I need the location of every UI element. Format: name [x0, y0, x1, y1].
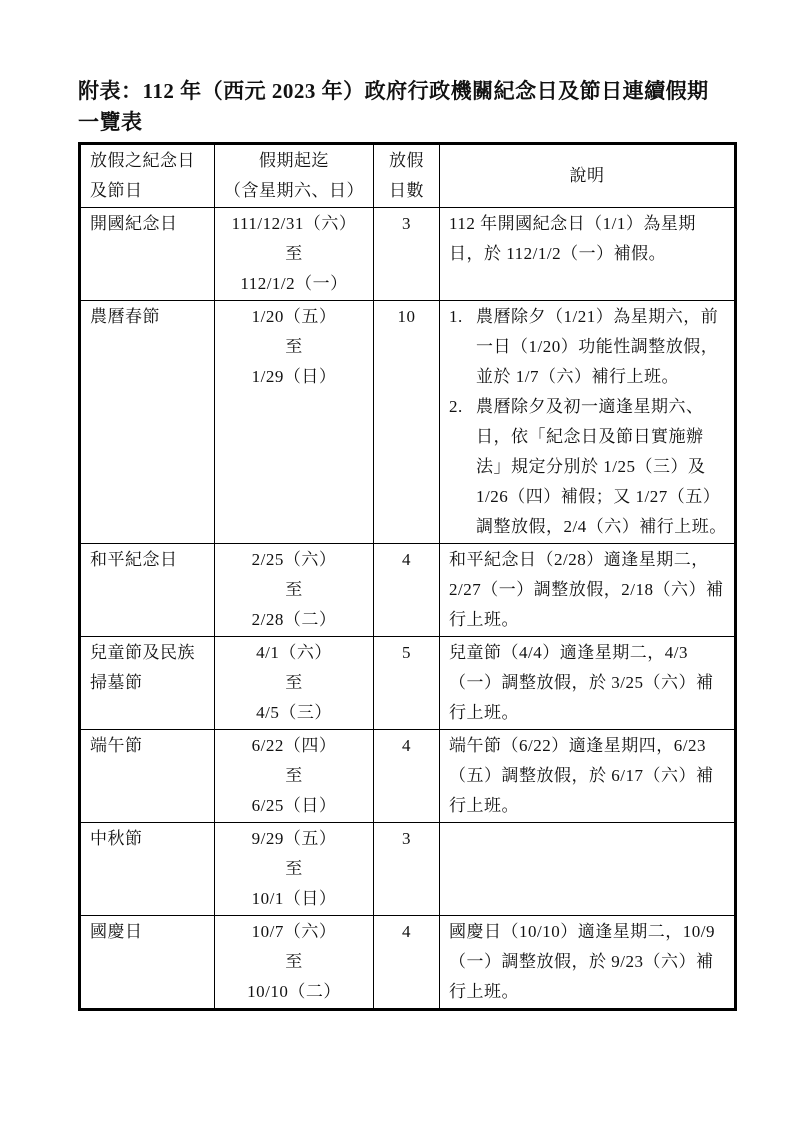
- holiday-name-cell: 端午節: [80, 730, 215, 823]
- note-text: 農曆除夕（1/21）為星期六，前一日（1/20）功能性調整放假，並於 1/7（六…: [476, 302, 728, 392]
- period-line: 9/29（五）: [221, 824, 367, 854]
- holiday-notes-cell: 國慶日（10/10）適逢星期二，10/9（一）調整放假，於 9/23（六）補行上…: [440, 916, 736, 1010]
- holiday-days-cell: 4: [374, 730, 440, 823]
- note-number: 1.: [449, 302, 476, 392]
- period-line: 4/1（六）: [221, 638, 367, 668]
- holiday-days-cell: 10: [374, 301, 440, 544]
- holiday-period-cell: 6/22（四）至6/25（日）: [215, 730, 374, 823]
- column-header-line: 放假: [380, 146, 433, 176]
- period-line: 至: [221, 239, 367, 269]
- holiday-period-cell: 4/1（六）至4/5（三）: [215, 637, 374, 730]
- holiday-period-cell: 1/20（五）至1/29（日）: [215, 301, 374, 544]
- holiday-notes-cell: 112 年開國紀念日（1/1）為星期日，於 112/1/2（一）補假。: [440, 208, 736, 301]
- period-line: 10/7（六）: [221, 917, 367, 947]
- period-line: 10/1（日）: [221, 884, 367, 914]
- holiday-period-cell: 10/7（六）至10/10（二）: [215, 916, 374, 1010]
- page-background: { "document": { "title_line1": "附表：112 年…: [0, 0, 800, 1131]
- note-text: 112 年開國紀念日（1/1）為星期日，於 112/1/2（一）補假。: [449, 209, 728, 269]
- holiday-table: 放假之紀念日及節日假期起迄（含星期六、日）放假日數說明 開國紀念日111/12/…: [78, 142, 737, 1011]
- table-row: 開國紀念日111/12/31（六）至112/1/2（一）3112 年開國紀念日（…: [80, 208, 736, 301]
- note-text: 端午節（6/22）適逢星期四，6/23（五）調整放假，於 6/17（六）補行上班…: [449, 731, 728, 821]
- note-number: 2.: [449, 392, 476, 542]
- note-item: 2.農曆除夕及初一適逢星期六、日，依「紀念日及節日實施辦法」規定分別於 1/25…: [449, 392, 728, 542]
- period-line: 至: [221, 575, 367, 605]
- table-row: 國慶日10/7（六）至10/10（二）4國慶日（10/10）適逢星期二，10/9…: [80, 916, 736, 1010]
- period-line: 至: [221, 332, 367, 362]
- column-header-line: 說明: [446, 161, 728, 191]
- period-line: 1/20（五）: [221, 302, 367, 332]
- table-row: 和平紀念日2/25（六）至2/28（二）4和平紀念日（2/28）適逢星期二，2/…: [80, 544, 736, 637]
- document-title: 附表：112 年（西元 2023 年）政府行政機關紀念日及節日連續假期 一覽表: [78, 76, 738, 138]
- column-header-line: 日數: [380, 176, 433, 206]
- column-header-period: 假期起迄（含星期六、日）: [215, 144, 374, 208]
- period-line: 至: [221, 854, 367, 884]
- table-head: 放假之紀念日及節日假期起迄（含星期六、日）放假日數說明: [80, 144, 736, 208]
- column-header-line: 放假之紀念日: [90, 146, 208, 176]
- period-line: 至: [221, 947, 367, 977]
- holiday-name-cell: 國慶日: [80, 916, 215, 1010]
- table-row: 農曆春節1/20（五）至1/29（日）101.農曆除夕（1/21）為星期六，前一…: [80, 301, 736, 544]
- note-text: 國慶日（10/10）適逢星期二，10/9（一）調整放假，於 9/23（六）補行上…: [449, 917, 728, 1007]
- period-line: 2/25（六）: [221, 545, 367, 575]
- holiday-days-cell: 4: [374, 916, 440, 1010]
- period-line: 10/10（二）: [221, 977, 367, 1007]
- title-line-1: 附表：112 年（西元 2023 年）政府行政機關紀念日及節日連續假期: [78, 76, 738, 107]
- note-text: 農曆除夕及初一適逢星期六、日，依「紀念日及節日實施辦法」規定分別於 1/25（三…: [476, 392, 728, 542]
- holiday-notes-cell: 端午節（6/22）適逢星期四，6/23（五）調整放假，於 6/17（六）補行上班…: [440, 730, 736, 823]
- holiday-period-cell: 9/29（五）至10/1（日）: [215, 823, 374, 916]
- column-header-line: （含星期六、日）: [221, 176, 367, 206]
- table-row: 端午節6/22（四）至6/25（日）4端午節（6/22）適逢星期四，6/23（五…: [80, 730, 736, 823]
- holiday-period-cell: 2/25（六）至2/28（二）: [215, 544, 374, 637]
- holiday-days-cell: 5: [374, 637, 440, 730]
- column-header-notes: 說明: [440, 144, 736, 208]
- column-header-line: 及節日: [90, 176, 208, 206]
- period-line: 1/29（日）: [221, 362, 367, 392]
- table-row: 兒童節及民族掃墓節4/1（六）至4/5（三）5兒童節（4/4）適逢星期二，4/3…: [80, 637, 736, 730]
- column-header-line: 假期起迄: [221, 146, 367, 176]
- holiday-days-cell: 3: [374, 823, 440, 916]
- holiday-name-cell: 農曆春節: [80, 301, 215, 544]
- holiday-name-cell: 兒童節及民族掃墓節: [80, 637, 215, 730]
- note-item: 1.農曆除夕（1/21）為星期六，前一日（1/20）功能性調整放假，並於 1/7…: [449, 302, 728, 392]
- title-line-2: 一覽表: [78, 107, 738, 138]
- table-header-row: 放假之紀念日及節日假期起迄（含星期六、日）放假日數說明: [80, 144, 736, 208]
- holiday-name-cell: 和平紀念日: [80, 544, 215, 637]
- column-header-days: 放假日數: [374, 144, 440, 208]
- holiday-notes-cell: 和平紀念日（2/28）適逢星期二，2/27（一）調整放假，2/18（六）補行上班…: [440, 544, 736, 637]
- holiday-table-body: 開國紀念日111/12/31（六）至112/1/2（一）3112 年開國紀念日（…: [80, 208, 736, 1010]
- holiday-days-cell: 4: [374, 544, 440, 637]
- note-text: 兒童節（4/4）適逢星期二，4/3（一）調整放假，於 3/25（六）補行上班。: [449, 638, 728, 728]
- period-line: 2/28（二）: [221, 605, 367, 635]
- table-row: 中秋節9/29（五）至10/1（日）3: [80, 823, 736, 916]
- period-line: 4/5（三）: [221, 698, 367, 728]
- holiday-days-cell: 3: [374, 208, 440, 301]
- period-line: 112/1/2（一）: [221, 269, 367, 299]
- period-line: 6/25（日）: [221, 791, 367, 821]
- holiday-name-cell: 中秋節: [80, 823, 215, 916]
- holiday-notes-cell: 1.農曆除夕（1/21）為星期六，前一日（1/20）功能性調整放假，並於 1/7…: [440, 301, 736, 544]
- holiday-notes-cell: [440, 823, 736, 916]
- period-line: 6/22（四）: [221, 731, 367, 761]
- note-text: 和平紀念日（2/28）適逢星期二，2/27（一）調整放假，2/18（六）補行上班…: [449, 545, 728, 635]
- period-line: 111/12/31（六）: [221, 209, 367, 239]
- period-line: 至: [221, 668, 367, 698]
- column-header-holiday: 放假之紀念日及節日: [80, 144, 215, 208]
- holiday-name-cell: 開國紀念日: [80, 208, 215, 301]
- holiday-notes-cell: 兒童節（4/4）適逢星期二，4/3（一）調整放假，於 3/25（六）補行上班。: [440, 637, 736, 730]
- period-line: 至: [221, 761, 367, 791]
- holiday-period-cell: 111/12/31（六）至112/1/2（一）: [215, 208, 374, 301]
- document-page: 附表：112 年（西元 2023 年）政府行政機關紀念日及節日連續假期 一覽表 …: [78, 76, 738, 1011]
